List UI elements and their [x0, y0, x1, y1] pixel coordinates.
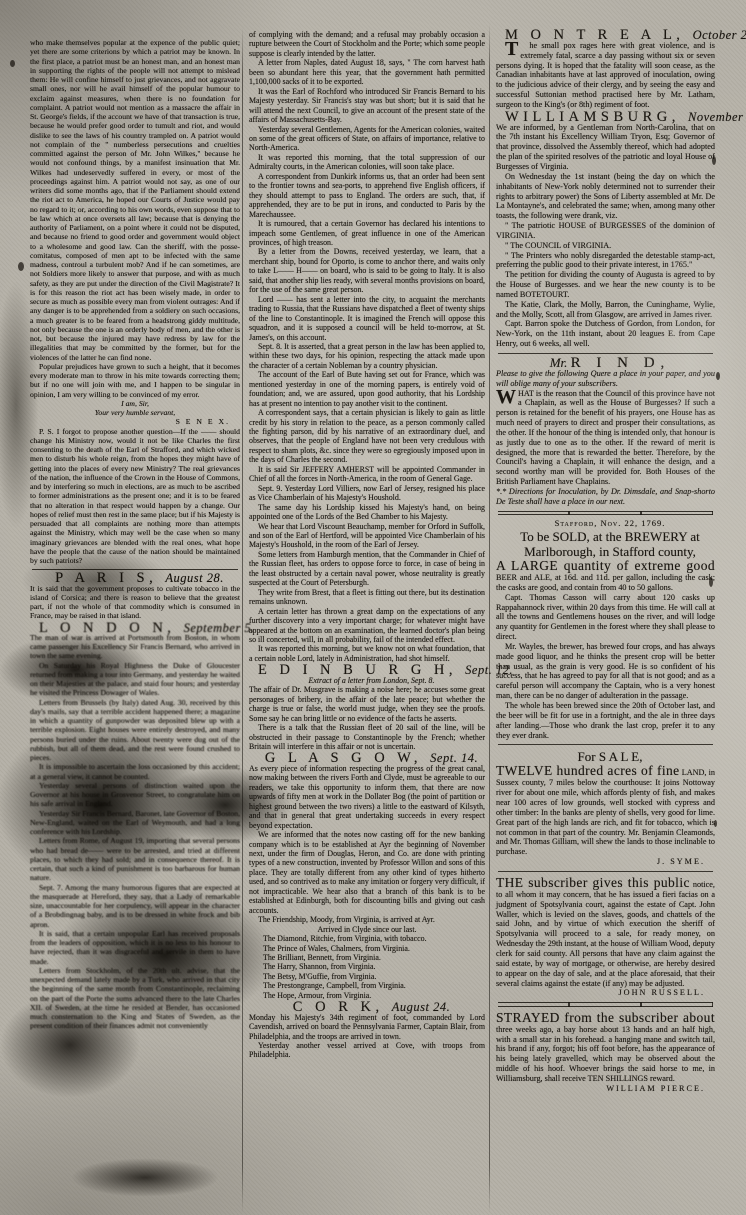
ad-heading-line: Marlborough, in Stafford county, — [496, 544, 715, 559]
heading-date: October 2. — [693, 28, 746, 42]
brewery-ad: Stafford, Nov. 22, 1769.To be SOLD, at t… — [496, 519, 715, 740]
paragraph: Letters from Stockholm, of the 20th ult.… — [30, 966, 240, 1031]
paragraph: We hear that Lord Viscount Beauchamp, me… — [249, 522, 485, 550]
paragraph: The Friendship, Moody, from Virginia, is… — [249, 915, 485, 924]
paragraph: The Harry, Shannon, from Virginia. — [249, 962, 485, 971]
article-heading: M O N T R E A L, October 2. — [496, 31, 715, 41]
london-news: L O N D O N, September 5.The man of war … — [30, 624, 240, 1031]
paragraph: The Diamond, Ritchie, from Virginia, wit… — [249, 934, 485, 943]
article-heading: E D I N B U R G H, Sept. 12. — [249, 666, 485, 675]
paragraph: I am, Sir, — [30, 399, 240, 408]
paragraph: Your very humble servant, — [30, 408, 240, 417]
paragraph: Popular prejudices have grown to such a … — [30, 362, 240, 399]
paragraph: of complying with the demand; and a refu… — [249, 30, 485, 58]
edinburgh-news: E D I N B U R G H, Sept. 12.Extract of a… — [249, 666, 485, 751]
paris-news: P A R I S, August 28.It is said that the… — [30, 574, 240, 620]
paragraph: It is said, that a certain unpopular Ear… — [30, 929, 240, 966]
paragraph: We are informed, by a Gentleman from Nor… — [496, 123, 715, 172]
paragraph: A correspondent says, that a certain phy… — [249, 408, 485, 465]
paragraph: Sept. 9. Yesterday Lord Villiers, now Ea… — [249, 484, 485, 503]
article-heading: L O N D O N, September 5. — [30, 624, 240, 633]
rind-quere: Mr. R I N D,Please to give the following… — [496, 358, 715, 507]
lead-line: THE subscriber gives this public — [496, 875, 690, 890]
lead-line: STRAYED from the subscriber about — [496, 1010, 715, 1025]
section-rule — [498, 871, 713, 872]
drop-cap: T — [496, 41, 520, 57]
article-heading: WILLIAMSBURG, November 23. — [496, 113, 715, 123]
paragraph: A correspondent from Dunkirk informs us,… — [249, 172, 485, 219]
paragraph: Some letters from Hamburgh mention, that… — [249, 550, 485, 588]
paragraph: On Saturday his Royal Highness the Duke … — [30, 661, 240, 698]
ink-smudge — [40, 1150, 250, 1205]
paragraph: Yesterday Sir Francis Bernard, Baronet, … — [30, 809, 240, 837]
paragraph: It is rumoured, that a certain Governor … — [249, 219, 485, 247]
middle-column: of complying with the demand; and a refu… — [249, 30, 485, 1063]
ink-speck — [714, 820, 717, 827]
article-heading: P A R I S, August 28. — [30, 574, 240, 583]
strayed-horse-ad: STRAYED from the subscriber about three … — [496, 1011, 715, 1094]
paragraph: Letters from Brussels (by Italy) dated A… — [30, 698, 240, 763]
paragraph: The Brilliant, Bennett, from Virginia. — [249, 953, 485, 962]
senex-letter: who make themselves popular at the expen… — [30, 38, 240, 565]
paragraph: By a letter from the Downs, received yes… — [249, 247, 485, 294]
ink-speck — [10, 60, 15, 67]
cork-news: C O R K, August 24.Monday his Majesty's … — [249, 1003, 485, 1060]
paragraph: It was the Earl of Rochford who introduc… — [249, 87, 485, 125]
column-rule-right — [489, 24, 490, 1213]
paragraph: Please to give the following Quere a pla… — [496, 369, 715, 389]
paragraph: Capt. Thomas Casson will carry about 120… — [496, 593, 715, 642]
paragraph: The Katie, Clark, the Molly, Barron, the… — [496, 300, 715, 320]
paragraph: THE subscriber gives this public notice,… — [496, 876, 715, 988]
article-heading: Mr. R I N D, — [496, 358, 715, 369]
paragraph: A certain letter has thrown a great damp… — [249, 607, 485, 645]
paragraph: The Betsy, M'Guffie, from Virginia. — [249, 972, 485, 981]
sheriff-notice: THE subscriber gives this public notice,… — [496, 876, 715, 998]
section-rule — [498, 744, 713, 745]
ink-speck — [709, 577, 713, 587]
london-continuation: of complying with the demand; and a refu… — [249, 30, 485, 663]
paragraph: We are informed that the notes now casti… — [249, 830, 485, 915]
paragraph: Sept. 8. It is asserted, that a great pe… — [249, 342, 485, 370]
paragraph: JOHN RUSSELL. — [496, 988, 715, 998]
paragraph: It is said that the government proposes … — [30, 584, 240, 621]
paragraph: The same day his Lordship kissed his Maj… — [249, 503, 485, 522]
heading-date: November 23. — [688, 110, 746, 124]
ad-heading-line: For S A L E, — [496, 749, 715, 764]
paragraph: On Wednesday the 1st instant (being the … — [496, 172, 715, 221]
section-rule — [498, 353, 713, 354]
paragraph: *.* Directions for Inoculation, by Dr. D… — [496, 487, 715, 507]
ink-speck — [712, 156, 716, 165]
article-heading: C O R K, August 24. — [249, 1003, 485, 1012]
paragraph: WILLIAM PIERCE. — [496, 1084, 715, 1094]
paragraph: WHAT is the reason that the Council of t… — [496, 389, 715, 487]
paragraph: As every piece of information respecting… — [249, 764, 485, 830]
paragraph: The man of war is arrived at Portsmouth … — [30, 633, 240, 661]
lead-line: A LARGE quantity of extreme good — [496, 558, 715, 573]
section-rule-double — [498, 1002, 713, 1007]
paragraph: Monday his Majesty's 34th regiment of fo… — [249, 1013, 485, 1041]
paragraph: S E N E X. — [30, 417, 240, 426]
paragraph: It is said Sir JEFFERY AMHERST will be a… — [249, 465, 485, 484]
paragraph: Sept. 7. Among the many humorous figures… — [30, 883, 240, 929]
paragraph: It was reported this morning, that the t… — [249, 153, 485, 172]
paragraph: A letter from Naples, dated August 18, s… — [249, 58, 485, 86]
paragraph: who make themselves popular at the expen… — [30, 38, 240, 362]
section-rule-double — [498, 511, 713, 516]
left-column: who make themselves popular at the expen… — [30, 38, 240, 1034]
paragraph: P. S. I forgot to propose another questi… — [30, 427, 240, 566]
paragraph: There is a talk that the Russian fleet o… — [249, 723, 485, 751]
ad-heading-line: To be SOLD, at the BREWERY at — [496, 529, 715, 544]
ink-speck — [18, 262, 24, 271]
paragraph: The affair of Dr. Musgrave is making a n… — [249, 685, 485, 723]
land-sale-ad: For S A L E,TWELVE hundred acres of fine… — [496, 749, 715, 867]
lead-line: TWELVE hundred acres of fine — [496, 763, 680, 778]
williamsburg-news: WILLIAMSBURG, November 23.We are informe… — [496, 113, 715, 349]
paragraph: " The COUNCIL of VIRGINIA. — [496, 241, 715, 251]
paragraph: TWELVE hundred acres of fine LAND, in Su… — [496, 764, 715, 857]
article-dateline: Stafford, Nov. 22, 1769. — [496, 519, 715, 529]
montreal-news: M O N T R E A L, October 2.The small pox… — [496, 31, 715, 110]
paragraph: Letters from Rome, of August 19, importi… — [30, 836, 240, 882]
right-column: M O N T R E A L, October 2.The small pox… — [496, 31, 715, 1097]
glasgow-news: G L A S G O W, Sept. 14.As every piece o… — [249, 754, 485, 1000]
paragraph: The small pox rages here with great viol… — [496, 41, 715, 110]
paragraph: Mr. Wayles, the brewer, has brewed four … — [496, 642, 715, 701]
paragraph: STRAYED from the subscriber about three … — [496, 1011, 715, 1084]
newspaper-page: who make themselves popular at the expen… — [0, 0, 746, 1215]
paragraph: The whole has been brewed since the 20th… — [496, 701, 715, 740]
paragraph: It was reported this morning, but we kno… — [249, 644, 485, 663]
paragraph: The account of the Earl of Bute having s… — [249, 370, 485, 408]
paragraph: J. SYME. — [496, 857, 715, 867]
paragraph: " The patriotic HOUSE of BURGESSES of th… — [496, 221, 715, 241]
drop-cap: W — [496, 389, 518, 405]
article-heading: G L A S G O W, Sept. 14. — [249, 754, 485, 763]
paragraph: Lord —— has sent a letter into the city,… — [249, 295, 485, 342]
ink-speck — [716, 372, 720, 380]
paragraph: It is impossible to ascertain the loss o… — [30, 762, 240, 781]
paragraph: The petition for dividing the county of … — [496, 270, 715, 300]
paragraph: Capt. Barron spoke the Dutchess of Gordo… — [496, 319, 715, 349]
paragraph: A LARGE quantity of extreme good BEER an… — [496, 559, 715, 593]
paragraph: Yesterday several persons of distinction… — [30, 781, 240, 809]
paragraph: They write from Brest, that a fleet is f… — [249, 588, 485, 607]
paragraph: " The Printers who nobly disregarded the… — [496, 251, 715, 271]
paragraph: The Prestongrange, Campbell, from Virgin… — [249, 981, 485, 990]
paragraph: Yesterday several Gentlemen, Agents for … — [249, 125, 485, 153]
heading-prefix: Mr. — [550, 355, 571, 370]
paragraph: Arrived in Clyde since our last. — [249, 925, 485, 934]
paragraph: Yesterday another vessel arrived at Cove… — [249, 1041, 485, 1060]
paragraph: The Prince of Wales, Chalmers, from Virg… — [249, 944, 485, 953]
